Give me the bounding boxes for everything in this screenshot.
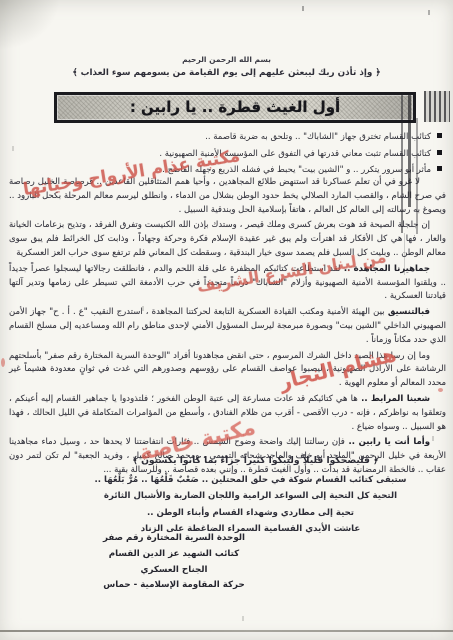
bullet-item: كتائب القسام تثبت معاني قدرتها في التفوق…: [20, 146, 442, 163]
closing-line: التحية كل التحية إلى السواعد الرامية وال…: [60, 488, 441, 504]
signature-line: الوحدة السرية المختارة رقم صفر: [100, 531, 248, 547]
title-banner: أول الغيث قطرة .. يا رابين :: [54, 92, 416, 123]
bullet-text: كتائب القسام تخترق جهاز "الشاباك" .. وتل…: [205, 132, 431, 142]
page-title: أول الغيث قطرة .. يا رابين :: [57, 95, 413, 120]
closing-lines: ستبقى كتائب القسام شوكة في حلق المحتلين …: [60, 472, 441, 538]
paragraph: إن جلجلة الصيحة قد هوت بعرش كسرى وملك قي…: [9, 219, 446, 260]
closing-line: تحية إلى مطاردي وشهداء القسام وأبناء الو…: [60, 505, 441, 521]
paragraph: جماهيرنا المجاهدة .. لقد استطاعت كتائبكم…: [9, 263, 446, 304]
paragraph: فبالتنسيق بين الهيئة الأمنية ومكتب القيا…: [9, 306, 446, 347]
paragraph: شعبنا المرابط .. ها هي كتائبكم قد عادت م…: [9, 393, 446, 434]
bullet-item: كتائب القسام تخترق جهاز "الشاباك" .. وتل…: [20, 129, 442, 146]
paper-background: بسم الله الرحمن الرحيم ﴿ وإذ تأذن ربك لي…: [0, 0, 453, 640]
red-ink-speck: [438, 388, 443, 392]
scan-crease-artifact: [404, 233, 405, 275]
quran-verse-top: ﴿ وإذ تأذن ربك ليبعثن عليهم إلى يوم القي…: [0, 68, 453, 78]
scan-crease-artifact: [408, 95, 411, 207]
closing-line: ستبقى كتائب القسام شوكة في حلق المحتلين …: [60, 472, 441, 488]
scanned-leaflet-page: { "colors": { "paper": "#f7f6f1", "ink":…: [0, 0, 453, 640]
scan-crease-artifact: [401, 93, 403, 233]
quran-verse-bottom: ﴿ فليضحكوا قليلاً وليبكوا كثيراً جزاءً ب…: [70, 455, 441, 466]
scan-smudge: [0, 0, 60, 50]
signature-line: الجناح العسكري: [100, 563, 248, 579]
paragraph-lead: فبالتنسيق: [385, 307, 430, 317]
scan-crease-artifact: [416, 118, 418, 234]
square-bullet-icon: [437, 133, 442, 138]
paragraph-lead: وأما أنت يا رابين ..: [345, 437, 430, 447]
red-ink-speck: [1, 358, 5, 367]
bullet-text: مأثر أبو سرور يتكرر .. و "الشين بيت" يحب…: [162, 165, 431, 175]
basmala-text: بسم الله الرحمن الرحيم: [0, 55, 453, 64]
square-bullet-icon: [437, 166, 442, 171]
signature-line: حركة المقاومة الإسلامية - حماس: [100, 578, 248, 594]
paragraph: وما إن رسا هذا الصيد داخل الشرك المرسوم …: [9, 350, 446, 391]
paragraph: لا غرو في أن تعلم عساكرنا قد استنهض طلائ…: [9, 176, 446, 217]
bullet-text: كتائب القسام تثبت معاني قدرتها في التفوق…: [159, 149, 431, 159]
bullet-list: كتائب القسام تخترق جهاز "الشاباك" .. وتل…: [20, 129, 442, 179]
paragraph-lead: شعبنا المرابط ..: [358, 394, 430, 404]
square-bullet-icon: [437, 150, 442, 155]
paragraph-lead: جماهيرنا المجاهدة ..: [341, 264, 431, 274]
bottom-rule: [0, 630, 453, 632]
body-text: لا غرو في أن تعلم عساكرنا قد استنهض طلائ…: [9, 176, 446, 480]
scan-crease-artifact: [424, 91, 450, 122]
signature-block: الوحدة السرية المختارة رقم صفر كتائب الش…: [100, 531, 248, 594]
scan-specks: [302, 6, 304, 11]
signature-line: كتائب الشهيد عز الدين القسام: [100, 547, 248, 563]
